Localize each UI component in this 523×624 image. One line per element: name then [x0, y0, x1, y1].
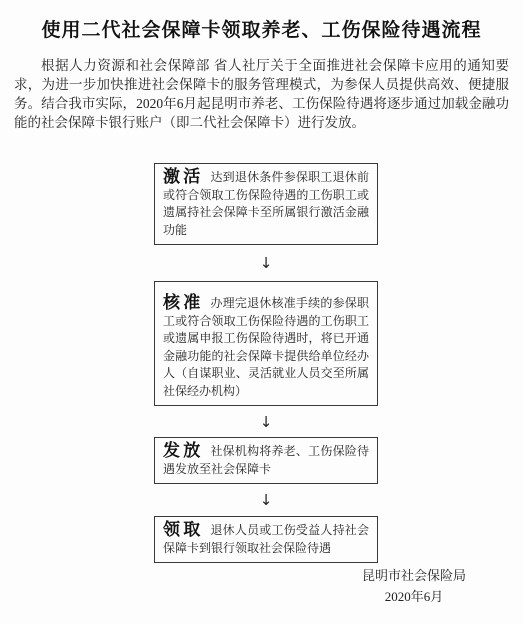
flow-connector: ↓ — [154, 484, 378, 516]
flow-step-issue-label: 发放 — [163, 441, 203, 460]
flow-step-approve-label: 核准 — [163, 293, 203, 312]
flow-step-activate: 激活达到退休条件参保职工退休前或符合领取工伤保险待遇的工伤职工或遗属持社会保障卡… — [154, 163, 378, 245]
signature-org: 昆明市社会保险局 — [362, 565, 466, 586]
page-title: 使用二代社会保障卡领取养老、工伤保险待遇流程 — [0, 15, 523, 42]
flow-step-collect: 领取退休人员或工伤受益人持社会保障卡到银行领取社会保险待遇 — [154, 516, 378, 563]
document-page: 使用二代社会保障卡领取养老、工伤保险待遇流程 根据人力资源和社会保障部 省人社厅… — [0, 0, 523, 624]
down-arrow-icon: ↓ — [260, 254, 273, 272]
flowchart: 激活达到退休条件参保职工退休前或符合领取工伤保险待遇的工伤职工或遗属持社会保障卡… — [154, 163, 378, 563]
down-arrow-icon: ↓ — [260, 413, 273, 431]
flow-connector: ↓ — [154, 406, 378, 437]
intro-paragraph: 根据人力资源和社会保障部 省人社厅关于全面推进社会保障卡应用的通知要求，为进一步… — [14, 56, 509, 132]
signature-date: 2020年6月 — [362, 586, 466, 607]
flow-step-approve: 核准办理完退休核准手续的参保职工或符合领取工伤保险待遇的工伤职工或遗属申报工伤保… — [154, 281, 378, 406]
flow-step-issue: 发放社保机构将养老、工伤保险待遇发放至社会保障卡 — [154, 437, 378, 484]
flow-step-collect-label: 领取 — [163, 520, 203, 539]
down-arrow-icon: ↓ — [260, 491, 273, 509]
flow-connector: ↓ — [154, 245, 378, 281]
signature-block: 昆明市社会保险局 2020年6月 — [362, 565, 466, 607]
flow-step-activate-label: 激活 — [163, 167, 203, 186]
